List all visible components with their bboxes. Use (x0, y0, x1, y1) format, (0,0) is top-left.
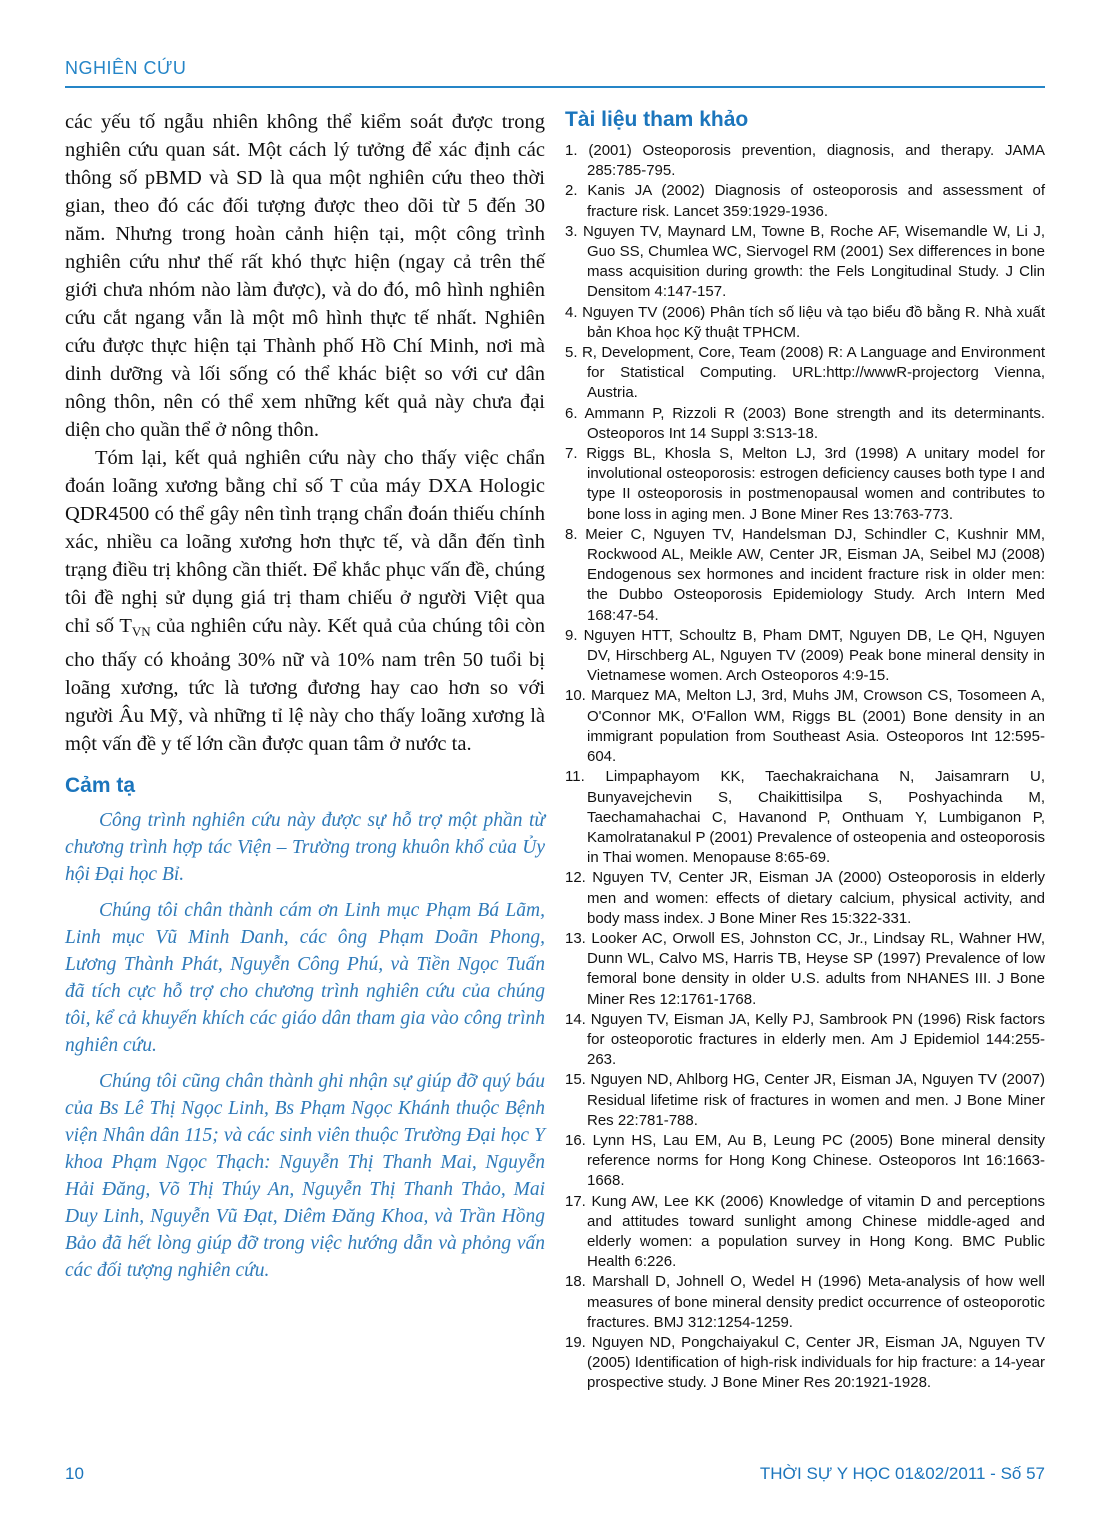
reference-item: 17. Kung AW, Lee KK (2006) Knowledge of … (565, 1192, 1045, 1273)
reference-text: Marquez MA, Melton LJ, 3rd, Muhs JM, Cro… (587, 687, 1045, 765)
t-score-subscript: VN (132, 624, 151, 639)
reference-number: 2. (565, 182, 578, 199)
reference-number: 4. (565, 304, 578, 321)
reference-number: 19. (565, 1334, 586, 1351)
reference-text: Ammann P, Rizzoli R (2003) Bone strength… (584, 405, 1045, 442)
reference-item: 16. Lynn HS, Lau EM, Au B, Leung PC (200… (565, 1131, 1045, 1192)
reference-item: 9. Nguyen HTT, Schoultz B, Pham DMT, Ngu… (565, 626, 1045, 687)
reference-item: 10. Marquez MA, Melton LJ, 3rd, Muhs JM,… (565, 686, 1045, 767)
reference-text: Kung AW, Lee KK (2006) Knowledge of vita… (587, 1193, 1045, 1271)
reference-text: (2001) Osteoporosis prevention, diagnosi… (587, 142, 1045, 179)
body-paragraph-1: các yếu tố ngẫu nhiên không thể kiểm soá… (65, 108, 545, 444)
reference-text: Nguyen HTT, Schoultz B, Pham DMT, Nguyen… (584, 627, 1045, 684)
reference-number: 7. (565, 445, 578, 462)
reference-item: 3. Nguyen TV, Maynard LM, Towne B, Roche… (565, 222, 1045, 303)
reference-text: Nguyen TV, Maynard LM, Towne B, Roche AF… (583, 223, 1045, 301)
reference-item: 12. Nguyen TV, Center JR, Eisman JA (200… (565, 868, 1045, 929)
reference-number: 9. (565, 627, 578, 644)
reference-text: Nguyen TV (2006) Phân tích số liệu và tạ… (582, 304, 1045, 341)
reference-text: Looker AC, Orwoll ES, Johnston CC, Jr., … (587, 930, 1045, 1008)
right-column: Tài liệu tham khảo 1. (2001) Osteoporosi… (565, 108, 1045, 1394)
reference-text: R, Development, Core, Team (2008) R: A L… (582, 344, 1045, 401)
reference-number: 5. (565, 344, 578, 361)
reference-text: Nguyen TV, Eisman JA, Kelly PJ, Sambrook… (587, 1011, 1045, 1068)
reference-text: Nguyen TV, Center JR, Eisman JA (2000) O… (587, 869, 1045, 926)
left-column: các yếu tố ngẫu nhiên không thể kiểm soá… (65, 108, 545, 1394)
reference-item: 1. (2001) Osteoporosis prevention, diagn… (565, 141, 1045, 181)
reference-number: 8. (565, 526, 578, 543)
references-heading: Tài liệu tham khảo (565, 108, 1045, 132)
reference-text: Riggs BL, Khosla S, Melton LJ, 3rd (1998… (586, 445, 1045, 523)
section-label: NGHIÊN CỨU (65, 58, 1045, 79)
journal-footer-line: THỜI SỰ Y HỌC 01&02/2011 - Số 57 (760, 1464, 1045, 1484)
reference-item: 8. Meier C, Nguyen TV, Handelsman DJ, Sc… (565, 525, 1045, 626)
page-footer: 10 THỜI SỰ Y HỌC 01&02/2011 - Số 57 (65, 1464, 1045, 1484)
reference-number: 1. (565, 142, 578, 159)
body-paragraph-2: Tóm lại, kết quả nghiên cứu này cho thấy… (65, 444, 545, 758)
page-number: 10 (65, 1464, 84, 1484)
reference-text: Nguyen ND, Ahlborg HG, Center JR, Eisman… (587, 1071, 1045, 1128)
reference-number: 14. (565, 1011, 586, 1028)
reference-text: Meier C, Nguyen TV, Handelsman DJ, Schin… (585, 526, 1045, 624)
journal-page: NGHIÊN CỨU các yếu tố ngẫu nhiên không t… (0, 0, 1108, 1520)
acknowledgement-paragraph: Công trình nghiên cứu này được sự hỗ trợ… (65, 807, 545, 888)
reference-number: 10. (565, 687, 586, 704)
reference-item: 14. Nguyen TV, Eisman JA, Kelly PJ, Samb… (565, 1010, 1045, 1071)
body-paragraph-2-pre: Tóm lại, kết quả nghiên cứu này cho thấy… (65, 447, 545, 637)
reference-number: 16. (565, 1132, 586, 1149)
reference-number: 11. (565, 768, 585, 785)
page-header: NGHIÊN CỨU (0, 0, 1108, 88)
reference-text: Kanis JA (2002) Diagnosis of osteoporosi… (587, 182, 1045, 219)
acknowledgement-paragraph: Chúng tôi chân thành cám ơn Linh mục Phạ… (65, 897, 545, 1059)
reference-number: 3. (565, 223, 578, 240)
reference-number: 18. (565, 1273, 586, 1290)
reference-text: Nguyen ND, Pongchaiyakul C, Center JR, E… (587, 1334, 1045, 1391)
reference-item: 7. Riggs BL, Khosla S, Melton LJ, 3rd (1… (565, 444, 1045, 525)
reference-number: 17. (565, 1193, 586, 1210)
acknowledgements-heading: Cảm tạ (65, 774, 545, 798)
reference-item: 18. Marshall D, Johnell O, Wedel H (1996… (565, 1272, 1045, 1333)
acknowledgement-paragraph: Chúng tôi cũng chân thành ghi nhận sự gi… (65, 1068, 545, 1284)
reference-item: 2. Kanis JA (2002) Diagnosis of osteopor… (565, 181, 1045, 221)
reference-text: Marshall D, Johnell O, Wedel H (1996) Me… (587, 1273, 1045, 1330)
reference-item: 5. R, Development, Core, Team (2008) R: … (565, 343, 1045, 404)
reference-item: 6. Ammann P, Rizzoli R (2003) Bone stren… (565, 404, 1045, 444)
reference-text: Lynn HS, Lau EM, Au B, Leung PC (2005) B… (587, 1132, 1045, 1189)
two-column-layout: các yếu tố ngẫu nhiên không thể kiểm soá… (0, 88, 1108, 1394)
reference-list: 1. (2001) Osteoporosis prevention, diagn… (565, 141, 1045, 1394)
reference-number: 6. (565, 405, 578, 422)
reference-item: 4. Nguyen TV (2006) Phân tích số liệu và… (565, 303, 1045, 343)
reference-number: 13. (565, 930, 586, 947)
reference-number: 15. (565, 1071, 586, 1088)
reference-number: 12. (565, 869, 586, 886)
reference-item: 19. Nguyen ND, Pongchaiyakul C, Center J… (565, 1333, 1045, 1394)
reference-text: Limpaphayom KK, Taechakraichana N, Jaisa… (587, 768, 1045, 866)
reference-item: 15. Nguyen ND, Ahlborg HG, Center JR, Ei… (565, 1070, 1045, 1131)
reference-item: 11. Limpaphayom KK, Taechakraichana N, J… (565, 767, 1045, 868)
reference-item: 13. Looker AC, Orwoll ES, Johnston CC, J… (565, 929, 1045, 1010)
